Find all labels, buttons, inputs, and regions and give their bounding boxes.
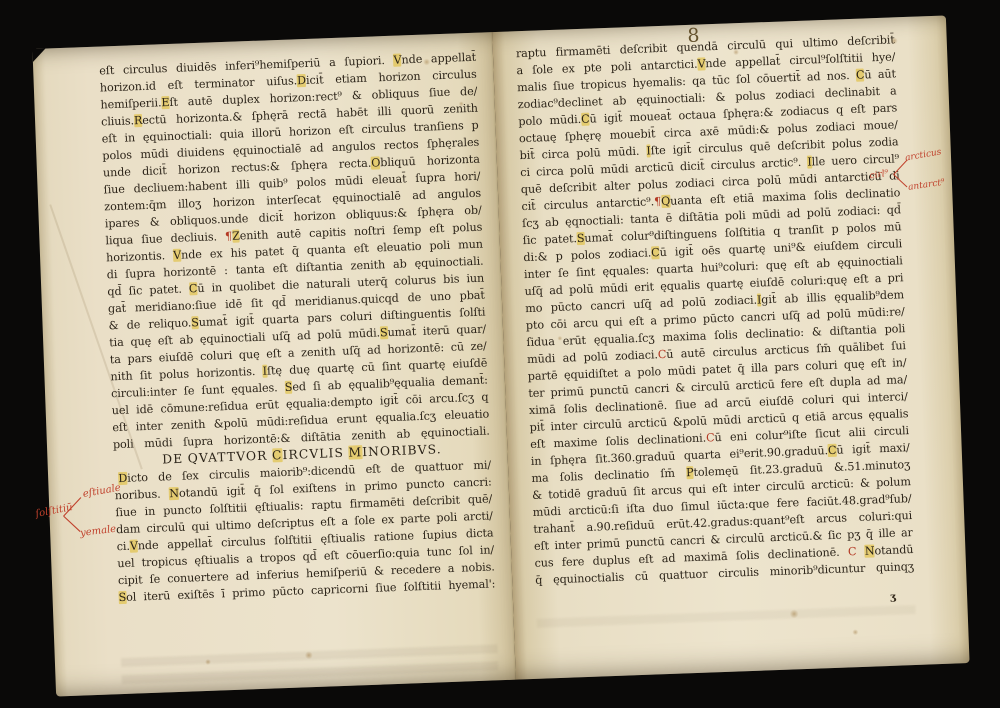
marginal-note-upper: arcticus <box>904 147 942 163</box>
left-page: eſt circulus diuidēs inferi⁹hemiſperiū a… <box>32 32 515 696</box>
right-text-column: raptu firmamēti deſcribit quendā circulū… <box>516 31 915 589</box>
page-corner-curl <box>32 48 45 61</box>
right-text: raptu firmamēti deſcribit quendā circulū… <box>516 31 915 589</box>
left-text-lower: CDicto de ſex circulis maiorib⁹:dicendū … <box>114 456 496 606</box>
marginal-brace-icon <box>891 157 910 192</box>
show-through <box>537 605 916 633</box>
open-book: eſt circulus diuidēs inferi⁹hemiſperiū a… <box>32 15 969 696</box>
left-text-column: eſt circulus diuidēs inferi⁹hemiſperiū a… <box>99 49 496 606</box>
right-page: 8 raptu firmamēti deſcribit quendā circu… <box>492 15 969 679</box>
marginal-note-lower: antarct⁹ <box>908 178 946 193</box>
marginal-brace-icon <box>61 493 85 536</box>
marginal-note-lower: yemale <box>80 525 117 539</box>
left-text-upper: eſt circulus diuidēs inferi⁹hemiſperiū a… <box>99 49 490 454</box>
quire-signature: ʒ <box>890 592 896 603</box>
